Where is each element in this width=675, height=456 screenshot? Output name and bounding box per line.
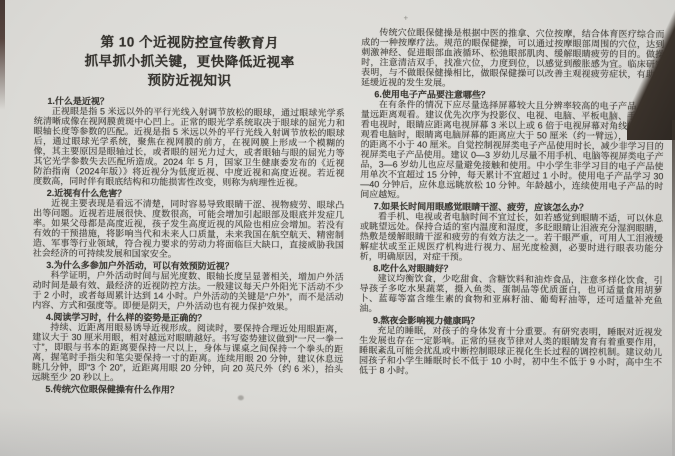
paper-sheet: 第 10 个近视防控宣传教育月 抓早抓小抓关键，更快降低近视率 预防近视知识 1…	[0, 0, 675, 456]
section-body: 看手机、电视或者电脑时间不宜过长，如若感觉到眼睛不适，可以休息或眺望远处。保持合…	[360, 211, 663, 263]
section-reading-posture: 4.阅读学习时，什么样的姿势是正确的？ 持续、近距离用眼易诱导近视形成。阅读时，…	[32, 312, 343, 384]
section-diet-for-eyes: 8.吃什么对眼睛好？ 建议均衡饮食，少吃甜食、含糖饮料和油炸食品，注意多样化饮食…	[359, 263, 662, 315]
smudge-mark	[609, 118, 613, 122]
photo-corner-top-right	[627, 0, 675, 140]
title-line-1: 第 10 个近视防控宣传教育月	[34, 32, 345, 53]
section-what-is-myopia: 1.什么是近视？ 正视眼是指 5 米远以外的平行光线入射调节放松的眼球，通过眼球…	[33, 96, 345, 188]
eye-exercises-continuation: 传统穴位眼保健操是根据中医的推拿、穴位按摩，结合体育医疗综合而成的一种按摩疗法。…	[361, 27, 664, 89]
section-eye-exercises: 5.传统穴位眼保健操有什么作用？	[32, 384, 343, 396]
photographed-document: 第 10 个近视防控宣传教育月 抓早抓小抓关键，更快降低近视率 预防近视知识 1…	[0, 0, 675, 456]
section-body: 持续、近距离用眼易诱导近视形成。阅读时，要保持合理近处用眼距离，建议大于 30 …	[32, 322, 343, 384]
pen-plus-mark: +	[403, 14, 408, 22]
smudge-mark	[238, 395, 244, 400]
title-line-3: 预防近视知识	[34, 70, 345, 91]
section-heading: 5.传统穴位眼保健操有什么作用？	[32, 384, 343, 396]
section-electronic-products: 6.使用电子产品要注意哪些？ 在有条件的情况下应尽量选择屏幕较大且分辨率较高的电…	[360, 89, 664, 201]
document-title: 第 10 个近视防控宣传教育月 抓早抓小抓关键，更快降低近视率 预防近视知识	[34, 32, 345, 91]
section-outdoor-activity: 3.为什么多参加户外活动，可以有效预防近视？ 科学证明，户外活动时间与屈光度数、…	[32, 260, 343, 312]
section-body: 科学证明，户外活动时间与屈光度数、眼轴长度呈显著相关，增加户外活动时间是最有效、…	[32, 270, 343, 312]
section-body: 近视主要表现是看远不清楚，同时容易导致眼睛干涩、视物疲劳、眼球凸出等问题。近视若…	[33, 198, 344, 260]
printed-page: 第 10 个近视防控宣传教育月 抓早抓小抓关键，更快降低近视率 预防近视知识 1…	[0, 0, 675, 456]
section-body: 在有条件的情况下应尽量选择屏幕较大且分辨率较高的电子产品，并尽量远距离观看。建议…	[360, 99, 664, 201]
section-myopia-harm: 2.近视有什么危害？ 近视主要表现是看远不清楚，同时容易导致眼睛干涩、视物疲劳、…	[33, 188, 344, 260]
right-text-column: 传统穴位眼保健操是根据中医的推拿、穴位按摩，结合体育医疗综合而成的一种按摩疗法。…	[359, 27, 664, 377]
section-dry-tired-eyes: 7.如果长时间用眼感觉眼睛干涩、疲劳，应该怎么办？ 看手机、电视或者电脑时间不宜…	[360, 201, 663, 263]
section-body: 建议均衡饮食，少吃甜食、含糖饮料和油炸食品，注意多样化饮食，引导孩子多吃水果蔬菜…	[359, 273, 662, 315]
left-text-column: 第 10 个近视防控宣传教育月 抓早抓小抓关键，更快降低近视率 预防近视知识 1…	[32, 32, 346, 396]
section-body: 正视眼是指 5 米远以外的平行光线入射调节放松的眼球，通过眼球光学系统清晰成像在…	[33, 106, 345, 188]
section-body: 充足的睡眠，对孩子的身体发育十分重要。有研究表明，睡眠对近视发生发展也存在一定影…	[359, 325, 662, 377]
photo-edge-left	[0, 0, 5, 110]
title-line-2: 抓早抓小抓关键，更快降低近视率	[34, 51, 345, 72]
section-sleep-and-vision: 9.熬夜会影响视力健康吗？ 充足的睡眠，对孩子的身体发育十分重要。有研究表明，睡…	[359, 315, 662, 377]
